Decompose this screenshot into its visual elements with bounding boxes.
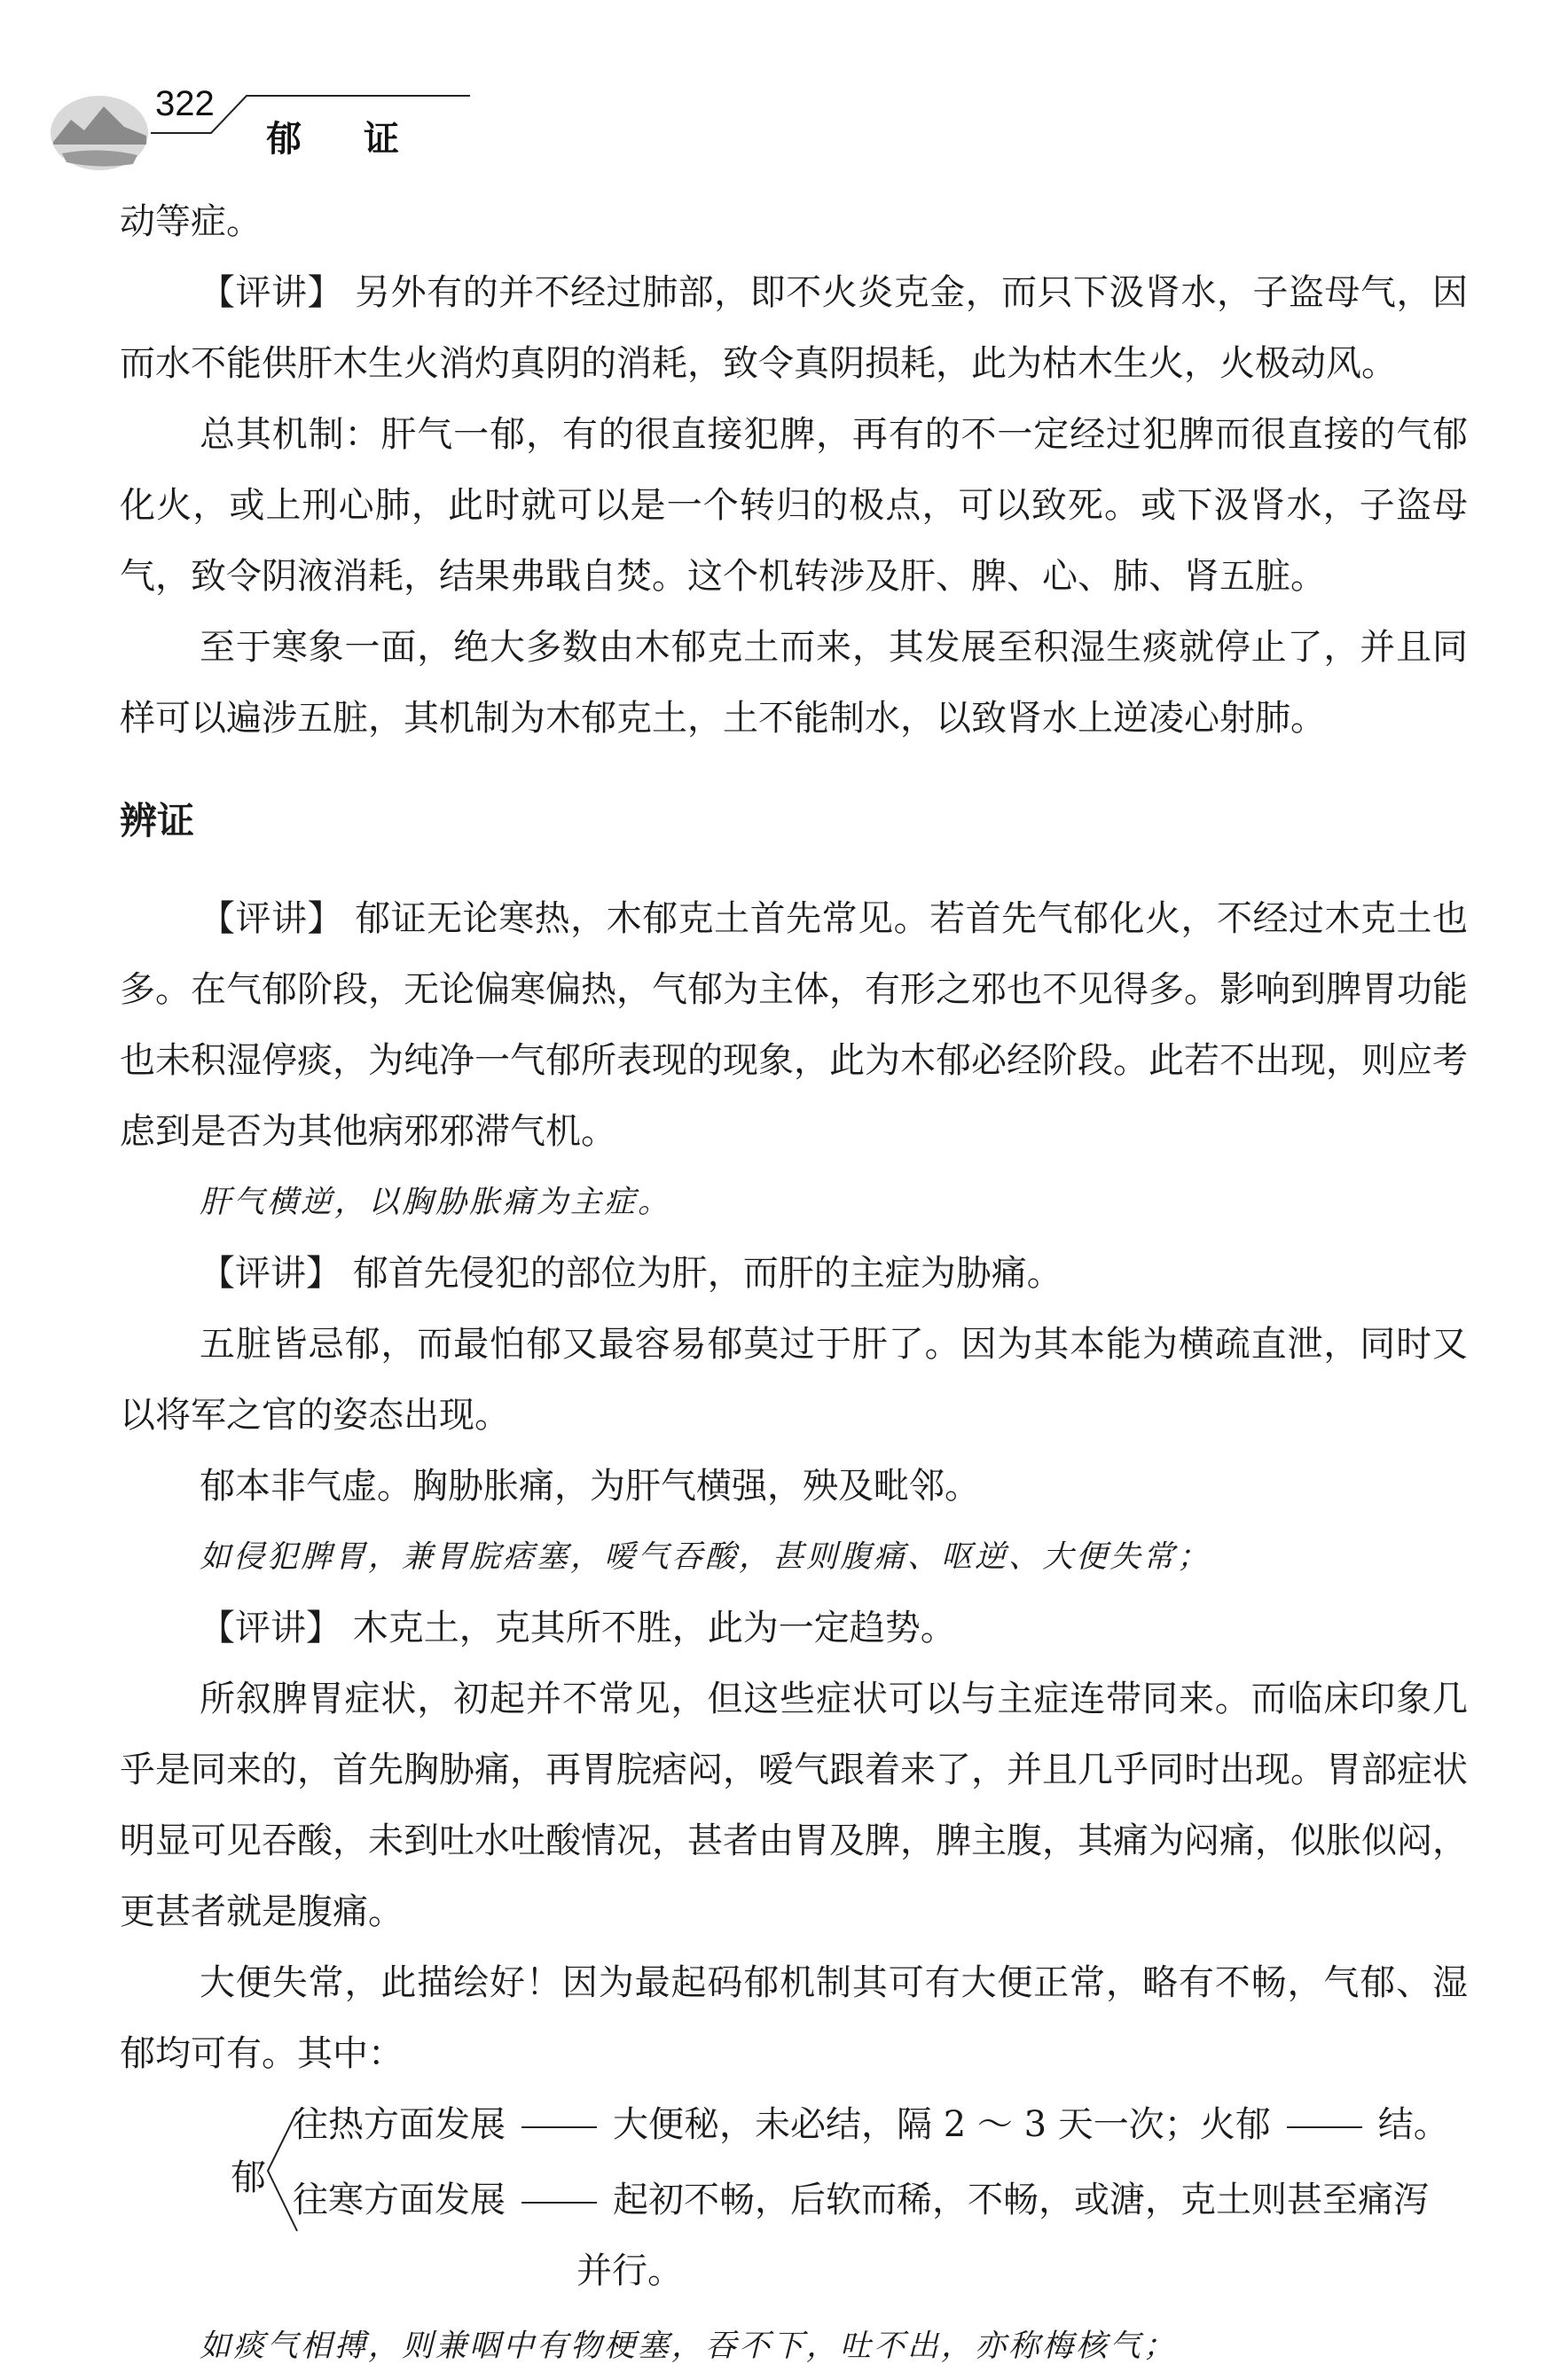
branch-result: 大便秘，未必结，隔 2 ～ 3 天一次；火郁 xyxy=(613,2104,1271,2145)
paragraph: 郁本非气虚。胸胁胀痛，为肝气横强，殃及毗邻。 xyxy=(120,1451,1468,1522)
section-heading: 辨证 xyxy=(120,786,1468,857)
chapter-title: 郁证 xyxy=(266,111,461,161)
page-header: 322 郁证 xyxy=(0,0,1568,177)
dash xyxy=(521,2126,597,2128)
paragraph: 【评讲】 另外有的并不经过肺部，即不火炎克金，而只下汲肾水，子盗母气，因而水不能… xyxy=(120,257,1468,399)
branch-diagram: 郁 往热方面发展大便秘，未必结，隔 2 ～ 3 天一次；火郁结。 往寒方面发展起… xyxy=(217,2089,1468,2311)
page-body: 动等症。 【评讲】 另外有的并不经过肺部，即不火炎克金，而只下汲肾水，子盗母气，… xyxy=(120,186,1468,2380)
dash xyxy=(1287,2126,1362,2128)
branch-label: 往寒方面发展 xyxy=(293,2180,506,2220)
paragraph: 五脏皆忌郁，而最怕郁又最容易郁莫过于肝了。因为其本能为横疏直泄，同时又以将军之官… xyxy=(120,1309,1468,1451)
paragraph: 【评讲】 郁首先侵犯的部位为肝，而肝的主症为胁痛。 xyxy=(120,1238,1468,1309)
quoted-text: 如侵犯脾胃，兼胃脘痞塞，嗳气吞酸，甚则腹痛、呕逆、大便失常； xyxy=(120,1522,1468,1593)
paragraph: 动等症。 xyxy=(120,186,1468,257)
diagram-hot-branch: 往热方面发展大便秘，未必结，隔 2 ～ 3 天一次；火郁结。 xyxy=(293,2089,1449,2160)
diagram-cold-cont: 并行。 xyxy=(576,2235,683,2306)
paragraph: 至于寒象一面，绝大多数由木郁克土而来，其发展至积湿生痰就停止了，并且同样可以遍涉… xyxy=(120,612,1468,754)
paragraph: 所叙脾胃症状，初起并不常见，但这些症状可以与主症连带同来。而临床印象几乎是同来的… xyxy=(120,1664,1468,1947)
paragraph: 总其机制：肝气一郁，有的很直接犯脾，再有的不一定经过犯脾而很直接的气郁化火，或上… xyxy=(120,399,1468,612)
branch-end: 结。 xyxy=(1378,2104,1449,2145)
paragraph: 大便失常，此描绘好！因为最起码郁机制其可有大便正常，略有不畅，气郁、湿郁均可有。… xyxy=(120,1947,1468,2089)
quoted-text: 如痰气相搏，则兼咽中有物梗塞，吞不下，吐不出，亦称梅核气； xyxy=(120,2311,1468,2380)
quoted-text: 肝气横逆，以胸胁胀痛为主症。 xyxy=(120,1167,1468,1238)
paragraph: 【评讲】 郁证无论寒热，木郁克土首先常见。若首先气郁化火，不经过木克土也多。在气… xyxy=(120,883,1468,1167)
diagram-root: 郁 xyxy=(231,2142,266,2213)
branch-result: 起初不畅，后软而稀，不畅，或溏，克土则甚至痛泻 xyxy=(613,2180,1429,2220)
paragraph: 【评讲】 木克土，克其所不胜，此为一定趋势。 xyxy=(120,1593,1468,1664)
diagram-cold-branch: 往寒方面发展起初不畅，后软而稀，不畅，或溏，克土则甚至痛泻 xyxy=(293,2165,1429,2235)
dash xyxy=(521,2202,597,2204)
branch-label: 往热方面发展 xyxy=(293,2104,506,2145)
